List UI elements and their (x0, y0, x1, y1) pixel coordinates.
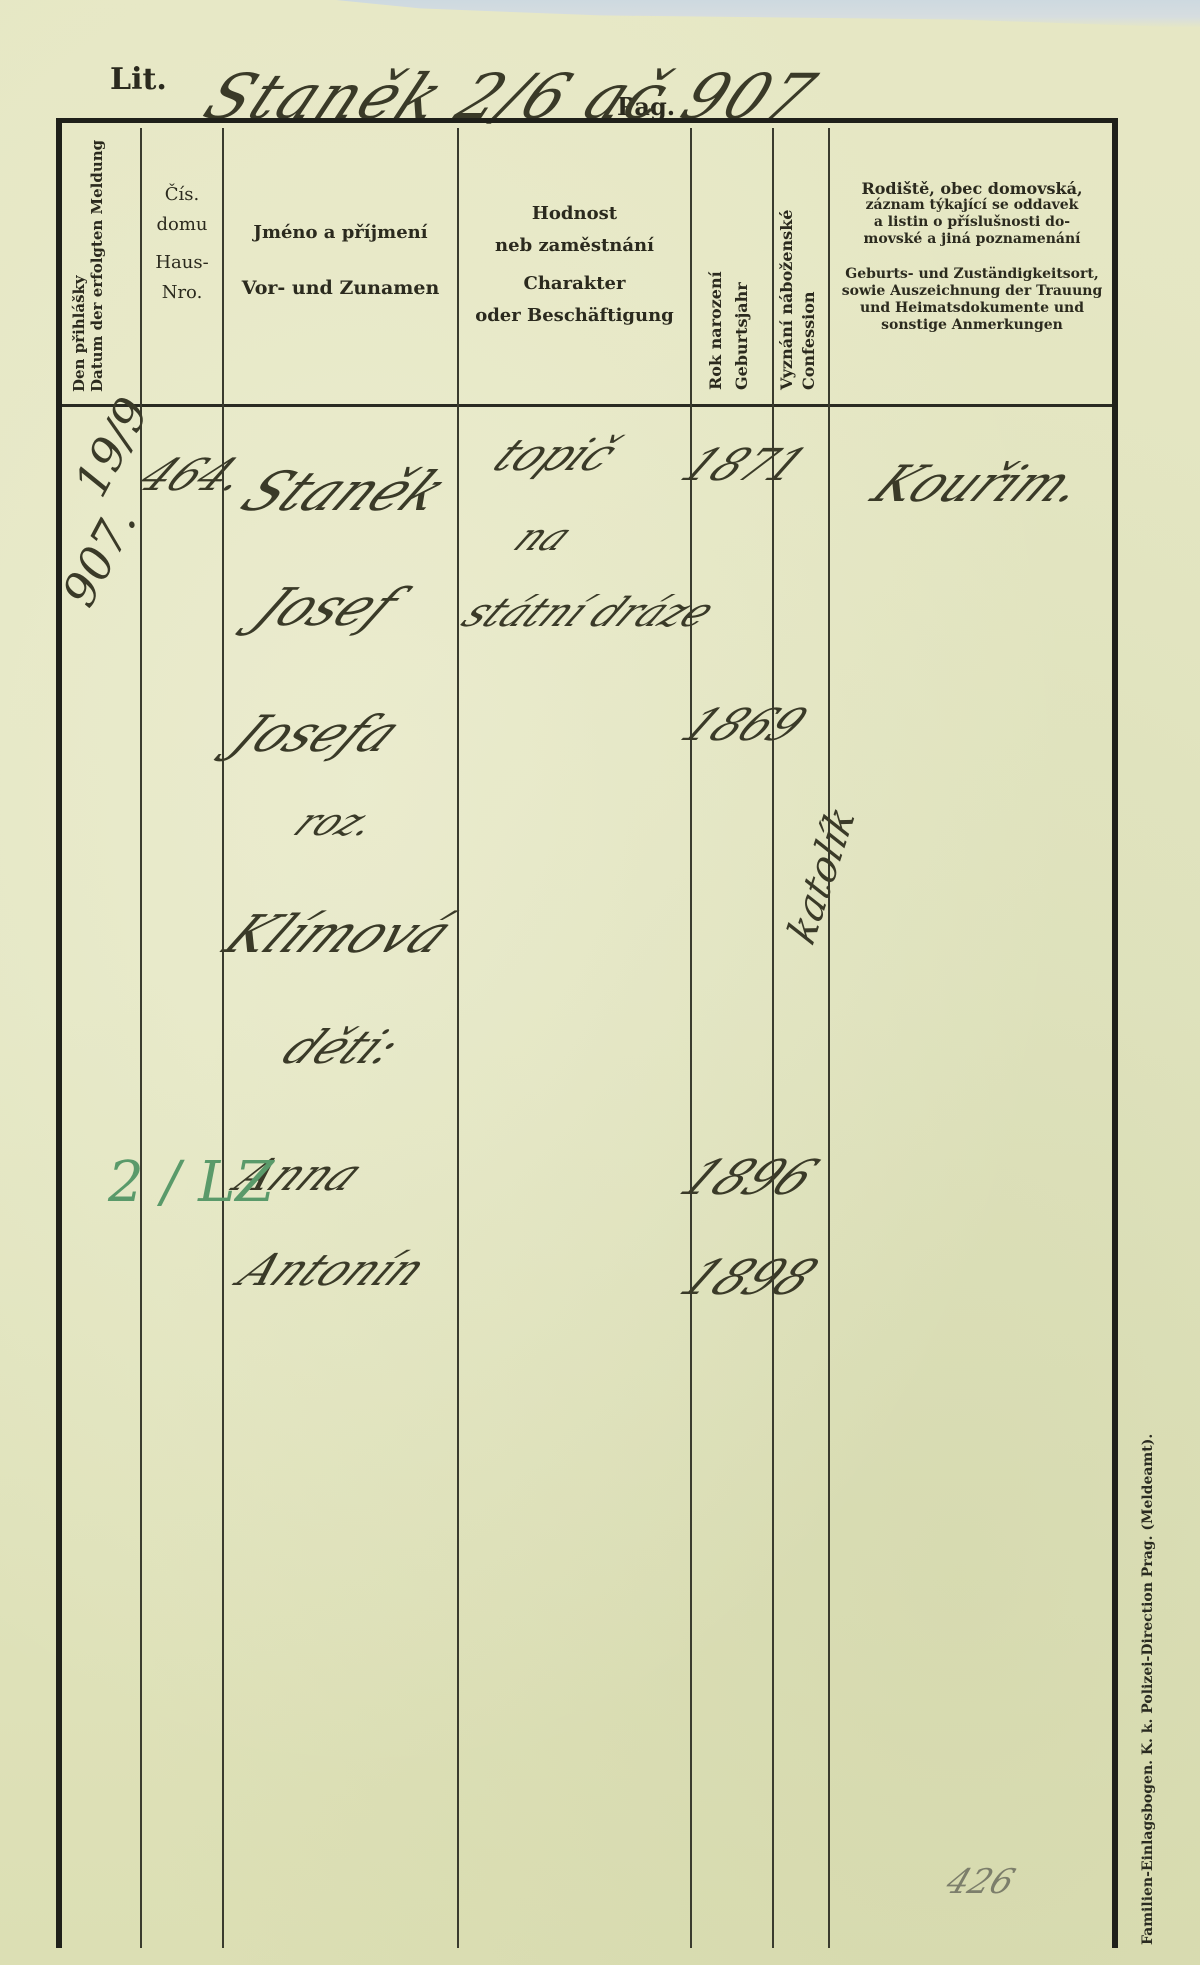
scan-background-edge (0, 0, 1200, 28)
header-birthplace-german-4: sonstige Anmerkungen (832, 317, 1112, 334)
green-annotation: 2 / LZ (108, 1150, 274, 1215)
header-birthplace-czech-1: Rodiště, obec domovská, (832, 180, 1112, 197)
header-house-czech-2: domu (142, 210, 222, 240)
lit-label: Lit. (110, 62, 167, 97)
header-birthplace-czech-4: movské a jiná poznamenání (832, 231, 1112, 248)
header-house-no: Čís. domu Haus- Nro. (142, 180, 222, 308)
header-birthplace-german-3: und Heimatsdokumente und (832, 300, 1112, 317)
entry-birthplace: Kouřim. (860, 455, 1102, 513)
column-divider (457, 128, 459, 1948)
printer-footer: Familien-Einlagsbogen. K. k. Polizei-Dir… (1140, 1434, 1156, 1945)
document-page: Lit. Pag. Staněk 2/6 ač 907 Den přihlášk… (0, 0, 1200, 1965)
header-name-czech: Jméno a příjmení (224, 222, 457, 243)
entry-occupation-3: státní dráze (452, 590, 725, 636)
header-name-german: Vor- und Zunamen (224, 277, 457, 299)
header-house-czech-1: Čís. (142, 180, 222, 210)
header-birth-year-german: Geburtsjahr (729, 271, 755, 390)
header-religion-czech: Vyznání náboženské (776, 210, 798, 390)
header-house-german-1: Haus- (142, 248, 222, 278)
column-divider (140, 128, 142, 1948)
header-religion-german: Confession (798, 210, 820, 390)
header-religion: Vyznání náboženské Confession (776, 210, 820, 390)
header-name: Jméno a příjmení Vor- und Zunamen (224, 222, 457, 299)
header-occupation: Hodnost neb zaměstnání Charakter oder Be… (459, 198, 690, 332)
header-date-czech: Den přihlášky (70, 162, 88, 392)
header-birthplace-german-1: Geburts- und Zuständigkeitsort, (832, 266, 1112, 283)
header-house-german-2: Nro. (142, 278, 222, 308)
header-birthplace-czech-3: a listin o příslušnosti do- (832, 214, 1112, 231)
header-birth-year-czech: Rok narození (703, 271, 729, 390)
entry-name-maiden: Klímová (211, 905, 466, 965)
header-occupation-german-2: oder Beschäftigung (459, 300, 690, 332)
column-divider (690, 128, 692, 1948)
header-date-german: Datum der erfolgten Meldung (88, 162, 106, 392)
header-birthplace-german-2: sowie Auszeichnung der Trauung (832, 283, 1112, 300)
column-divider (828, 128, 830, 1948)
entry-child-2-name: Antonín (227, 1245, 438, 1296)
column-divider (772, 128, 774, 1948)
header-occupation-czech-1: Hodnost (459, 198, 690, 230)
column-divider (222, 128, 224, 1948)
header-occupation-german-1: Charakter (459, 268, 690, 300)
header-birth-year: Rok narození Geburtsjahr (703, 271, 755, 390)
header-occupation-czech-2: neb zaměstnání (459, 230, 690, 262)
header-birthplace: Rodiště, obec domovská, záznam týkající … (832, 180, 1112, 334)
header-birthplace-czech-2: záznam týkající se oddavek (832, 197, 1112, 214)
header-date: Den přihlášky Datum der erfolgten Meldun… (70, 162, 106, 392)
